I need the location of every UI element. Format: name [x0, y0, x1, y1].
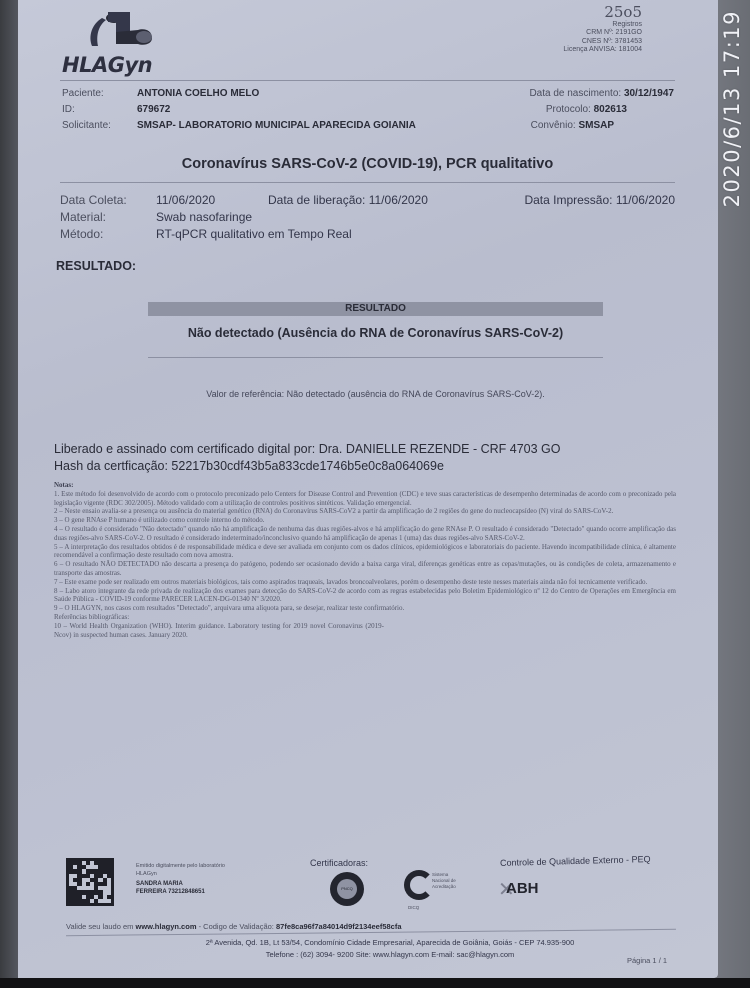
certifiers-label: Certificadoras: [310, 858, 368, 868]
protocol-label: Protocolo: [546, 104, 591, 115]
accreditation-mark: 25o5 [563, 8, 642, 17]
registry-title: Registros [563, 21, 642, 30]
note-item: 1. Este método foi desenvolvido de acord… [54, 490, 676, 508]
note-item: 10 – World Health Organization (WHO). In… [54, 622, 384, 640]
validation-code: 87fe8ca96f7a84014d9f2134eef58cfa [276, 922, 402, 931]
material-value: Swab nasofaringe [156, 210, 252, 224]
title-divider [60, 182, 675, 183]
requester: SMSAP- LABORATORIO MUNICIPAL APARECIDA G… [137, 120, 416, 131]
signer-block: Emitido digitalmente pelo laboratório HL… [136, 862, 225, 896]
note-item: 7 – Este exame pode ser realizado em out… [54, 578, 676, 587]
result-value: Não detectado (Ausência do RNA de Corona… [148, 326, 603, 340]
signer-name: SANDRA MARIA [136, 881, 183, 887]
note-item: 6 – O resultado NÃO DETECTADO não descar… [54, 560, 676, 578]
result-header-bar: RESULTADO [148, 302, 603, 316]
references-heading: Referências bibliográficas: [54, 613, 676, 622]
qr-code[interactable] [66, 858, 114, 906]
logo-text: HLAGyn [62, 53, 152, 77]
insurance-value: SMSAP [578, 120, 614, 131]
signer-line: Emitido digitalmente pelo laboratório [136, 862, 225, 870]
requester-label: Solicitante: [62, 120, 111, 131]
patient-name-label: Paciente: [62, 88, 104, 99]
header-divider [60, 80, 675, 81]
page-number: Página 1 / 1 [627, 956, 667, 965]
reference-value: Valor de referência: Não detectado (ausê… [148, 389, 603, 399]
signer-lab: HLAGyn [136, 870, 225, 878]
signature-line: Liberado e assinado com certificado digi… [54, 441, 560, 458]
camera-timestamp: 2020/6/13 17:19 [720, 10, 744, 207]
result-section-heading: RESULTADO: [56, 259, 136, 273]
collection-date: 11/06/2020 [156, 193, 215, 207]
material-label: Material: [60, 210, 106, 224]
note-item: 4 – O resultado é considerado "Não detec… [54, 525, 676, 543]
dicq-seal-text: Sistema Nacional de Acreditação [432, 872, 456, 890]
certification-hash: Hash da certficação: 52217b30cdf43b5a833… [54, 458, 560, 475]
birthdate-value: 30/12/1947 [624, 88, 674, 99]
abh-logo-text: ABH [506, 880, 539, 897]
hlagyn-logo: HLAGyn [62, 8, 172, 78]
insurance-field: Convênio: SMSAP [531, 120, 614, 131]
registry-cnes: CNES Nº: 3781453 [563, 38, 642, 47]
registry-block: 25o5 Registros CRM Nº: 2191GO CNES Nº: 3… [563, 8, 642, 55]
address-line: 2ª Avenida, Qd. 1B, Lt 53/54, Condomínio… [30, 937, 750, 949]
patient-name: ANTONIA COELHO MELO [137, 88, 259, 99]
birthdate-field: Data de nascimento: 30/12/1947 [529, 88, 674, 99]
digital-signature: Liberado e assinado com certificado digi… [54, 441, 560, 475]
exam-info: Data Coleta: 11/06/2020 Data de liberaçã… [60, 193, 675, 244]
note-item: 5 – A interpretação dos resultados obtid… [54, 543, 676, 561]
patient-id: 679672 [137, 104, 170, 115]
validation-line: Valide seu laudo em www.hlagyn.com - Cod… [66, 922, 402, 931]
pncq-seal-icon: PNCQ [330, 872, 364, 906]
note-item: 9 – O HLAGYN, nos casos com resultados "… [54, 604, 676, 613]
notes-section: Notas: 1. Este método foi desenvolvido d… [54, 481, 676, 639]
patient-id-label: ID: [62, 104, 75, 115]
logo-mark-icon [80, 8, 160, 53]
note-item: 8 – Labo atoro integrante da rede privad… [54, 587, 676, 605]
qr-code-pattern [69, 861, 111, 903]
notes-heading: Notas: [54, 481, 676, 490]
background-surface-bottom [0, 978, 750, 988]
signer-name-id: FERREIRA 73212848651 [136, 889, 205, 895]
birthdate-label: Data de nascimento: [529, 88, 621, 99]
exam-title: Coronavírus SARS-CoV-2 (COVID-19), PCR q… [60, 156, 675, 172]
insurance-label: Convênio: [531, 120, 576, 131]
method-label: Método: [60, 227, 103, 241]
result-divider [148, 357, 603, 358]
registry-crm: CRM Nº: 2191GO [563, 29, 642, 38]
protocol-value: 802613 [594, 104, 627, 115]
registry-anvisa: Licença ANVISA: 181004 [563, 46, 642, 55]
release-date: Data de liberação: 11/06/2020 [268, 193, 428, 207]
note-item: 3 – O gene RNAse P humano é utilizado co… [54, 516, 676, 525]
method-value: RT-qPCR qualitativo em Tempo Real [156, 227, 352, 241]
dicq-label: DICQ [408, 905, 419, 910]
collection-date-label: Data Coleta: [60, 193, 127, 207]
validation-site-link[interactable]: www.hlagyn.com [136, 922, 197, 931]
print-date: Data Impressão: 11/06/2020 [524, 193, 675, 207]
dicq-seal-icon [404, 870, 434, 900]
patient-info: Paciente: ANTONIA COELHO MELO Data de na… [62, 88, 674, 136]
note-item: 2 – Neste ensaio avalia-se a presença ou… [54, 507, 676, 516]
protocol-field: Protocolo: 802613 [546, 104, 627, 115]
